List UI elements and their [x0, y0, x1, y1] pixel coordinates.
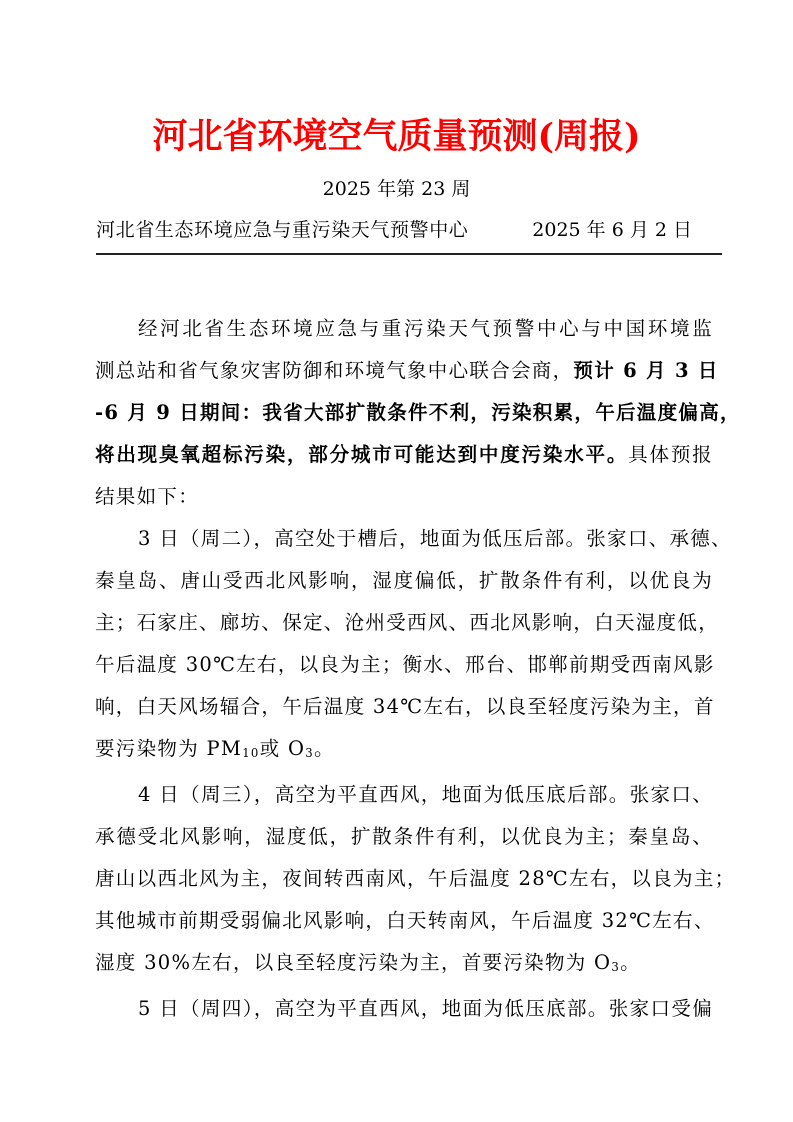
forecast-line: 其他城市前期受弱偏北风影响，白天转南风，午后温度 32℃左右、 — [95, 900, 713, 942]
intro-line: 测总站和省气象灾害防御和环境气象中心联合会商，预计 6 月 3 日 — [95, 350, 713, 392]
forecast-line: 响，白天风场辐合，午后温度 34℃左右，以良至轻度污染为主，首 — [95, 686, 713, 728]
intro-line: 经河北省生态环境应急与重污染天气预警中心与中国环境监 — [95, 308, 713, 350]
header-divider — [96, 253, 722, 255]
forecast-period-highlight: 预计 6 月 3 日 — [573, 359, 718, 382]
forecast-text: 要污染物为 PM — [95, 737, 242, 760]
forecast-line: 湿度 30%左右，以良至轻度污染为主，首要污染物为 O3。 — [95, 942, 713, 984]
forecast-text: 。 — [620, 951, 641, 974]
forecast-line: 唐山以西北风为主，夜间转西南风，午后温度 28℃左右，以良为主； — [95, 858, 713, 900]
issuer-organization: 河北省生态环境应急与重污染天气预警中心 — [96, 216, 468, 244]
intro-line: 结果如下： — [95, 476, 713, 518]
intro-line: 将出现臭氧超标污染，部分城市可能达到中度污染水平。具体预报 — [95, 434, 713, 476]
forecast-line: 承德受北风影响，湿度低，扩散条件有利，以优良为主；秦皇岛、 — [95, 816, 713, 858]
forecast-line: 主；石家庄、廊坊、保定、沧州受西风、西北风影响，白天湿度低， — [95, 602, 713, 644]
forecast-line: 要污染物为 PM10或 O3。 — [95, 728, 713, 770]
forecast-text: 。 — [314, 737, 335, 760]
forecast-line: 午后温度 30℃左右，以良为主；衡水、邢台、邯郸前期受西南风影 — [95, 644, 713, 686]
issue-number: 2025 年第 23 周 — [0, 175, 793, 203]
intro-text: 具体预报 — [628, 443, 713, 466]
day-4-forecast: 4 日（周三），高空为平直西风，地面为低压底后部。张家口、 承德受北风影响，湿度… — [95, 774, 713, 984]
forecast-line: 3 日（周二），高空处于槽后，地面为低压后部。张家口、承德、 — [95, 518, 713, 560]
forecast-summary-highlight: 将出现臭氧超标污染，部分城市可能达到中度污染水平。 — [95, 443, 628, 466]
day-3-forecast: 3 日（周二），高空处于槽后，地面为低压后部。张家口、承德、 秦皇岛、唐山受西北… — [95, 518, 713, 770]
forecast-text: 湿度 30%左右，以良至轻度污染为主，首要污染物为 O — [95, 951, 611, 974]
subscript: 3 — [611, 960, 620, 974]
forecast-text: 或 O — [260, 737, 306, 760]
intro-paragraph: 经河北省生态环境应急与重污染天气预警中心与中国环境监 测总站和省气象灾害防御和环… — [95, 308, 713, 518]
subscript: 3 — [305, 746, 314, 760]
subscript: 10 — [242, 746, 259, 760]
issue-date: 2025 年 6 月 2 日 — [532, 216, 692, 244]
issuer-row: 河北省生态环境应急与重污染天气预警中心 2025 年 6 月 2 日 — [96, 216, 722, 244]
forecast-summary-highlight: -6 月 9 日期间：我省大部扩散条件不利，污染积累，午后温度偏高， — [95, 392, 713, 434]
forecast-line: 4 日（周三），高空为平直西风，地面为低压底后部。张家口、 — [95, 774, 713, 816]
report-title: 河北省环境空气质量预测(周报) — [0, 114, 793, 160]
report-body: 经河北省生态环境应急与重污染天气预警中心与中国环境监 测总站和省气象灾害防御和环… — [95, 308, 713, 1030]
day-5-forecast: 5 日（周四），高空为平直西风，地面为低压底部。张家口受偏 — [95, 988, 713, 1030]
forecast-line: 秦皇岛、唐山受西北风影响，湿度偏低，扩散条件有利，以优良为 — [95, 560, 713, 602]
forecast-line: 5 日（周四），高空为平直西风，地面为低压底部。张家口受偏 — [95, 988, 713, 1030]
intro-text: 测总站和省气象灾害防御和环境气象中心联合会商， — [95, 359, 573, 382]
